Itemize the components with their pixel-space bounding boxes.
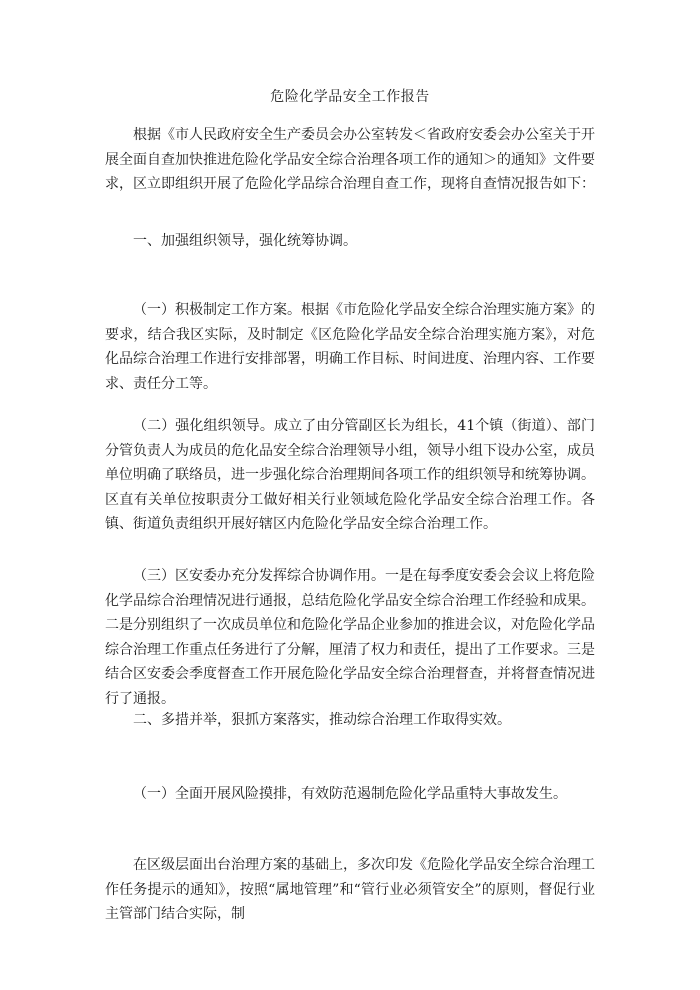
section-2-heading: 二、多措并举，狠抓方案落实，推动综合治理工作取得实效。 (133, 708, 603, 732)
document-page: 危险化学品安全工作报告 根据《市人民政府安全生产委员会办公室转发＜省政府安委会办… (0, 0, 700, 990)
section-1-heading: 一、加强组织领导，强化统筹协调。 (133, 229, 603, 253)
intro-paragraph: 根据《市人民政府安全生产委员会办公室转发＜省政府安委会办公室关于开展全面自查加快… (105, 123, 595, 197)
section-1-item-2-paragraph: （二）强化组织领导。成立了由分管副区长为组长，41个镇（街道）、部门分管负责人为… (105, 414, 595, 537)
section-2-subheading-1: （一）全面开展风险摸排，有效防范遏制危险化学品重特大事故发生。 (133, 782, 603, 806)
section-1-item-3-paragraph: （三）区安委办充分发挥综合协调作用。一是在每季度安委会会议上将危险化学品综合治理… (105, 564, 595, 711)
section-2-item-paragraph: 在区级层面出台治理方案的基础上，多次印发《危险化学品安全综合治理工作任务提示的通… (105, 853, 595, 927)
document-title: 危险化学品安全工作报告 (0, 88, 700, 106)
section-1-item-1-paragraph: （一）积极制定工作方案。根据《市危险化学品安全综合治理实施方案》的要求，结合我区… (105, 298, 595, 396)
